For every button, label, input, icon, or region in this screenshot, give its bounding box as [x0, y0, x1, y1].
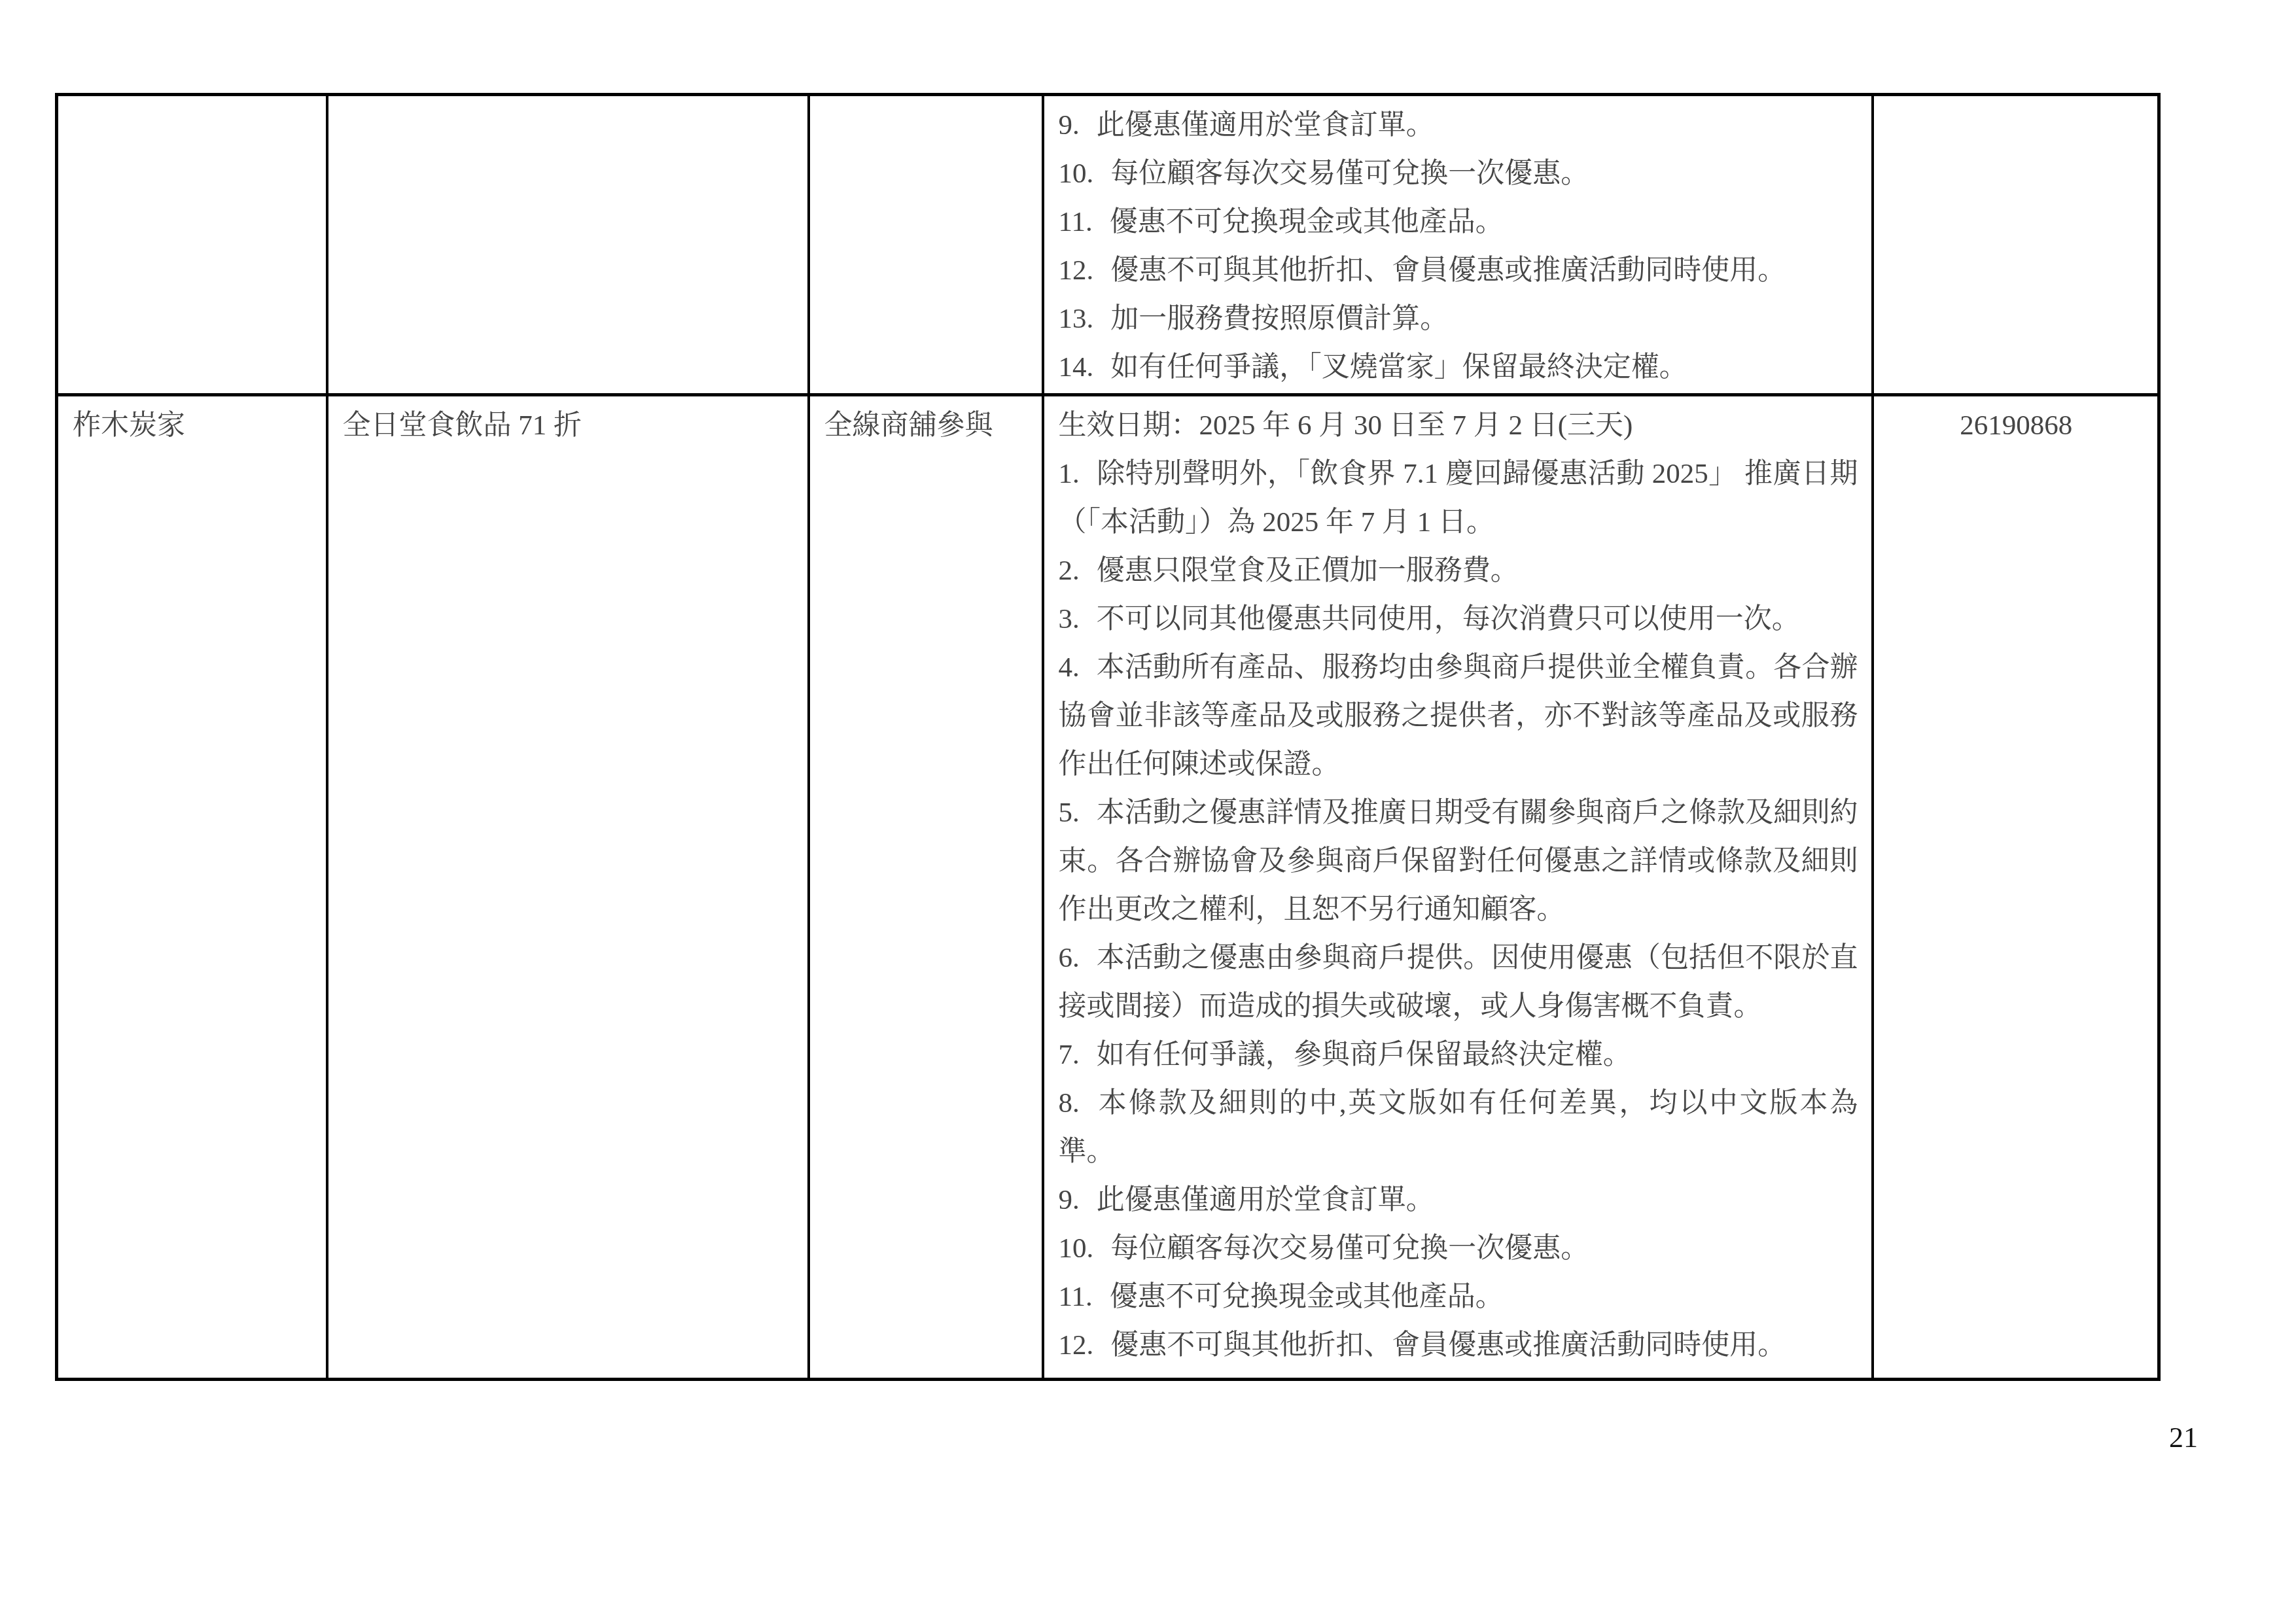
terms-item-text: 優惠只限堂食及正價加一服務費。: [1097, 555, 1519, 586]
terms-item: 13.加一服務費按照原價計算。: [1059, 295, 1858, 343]
terms-item: 8.本條款及細則的中,英文版如有任何差異，均以中文版本為準。: [1059, 1079, 1858, 1176]
terms-item: 14.如有任何爭議，「叉燒當家」保留最終決定權。: [1059, 343, 1858, 392]
terms-item: 3.不可以同其他優惠共同使用，每次消費只可以使用一次。: [1059, 595, 1858, 644]
terms-item: 9.此優惠僅適用於堂食訂單。: [1059, 101, 1858, 150]
terms-item-text: 此優惠僅適用於堂食訂單。: [1097, 1185, 1434, 1215]
terms-item-text: 優惠不可與其他折扣、會員優惠或推廣活動同時使用。: [1110, 255, 1786, 286]
terms-item: 10.每位顧客每次交易僅可兌換一次優惠。: [1059, 1225, 1858, 1273]
terms-item-number: 9.: [1059, 1185, 1080, 1215]
terms-item-text: 如有任何爭議，參與商戶保留最終決定權。: [1097, 1039, 1631, 1070]
terms-item-number: 12.: [1059, 255, 1094, 286]
terms-item: 10.每位顧客每次交易僅可兌換一次優惠。: [1059, 150, 1858, 198]
merchant-name-cell: [57, 95, 327, 395]
terms-item-number: 6.: [1059, 943, 1080, 973]
terms-item-text: 本條款及細則的中,英文版如有任何差異，均以中文版本為準。: [1059, 1088, 1858, 1167]
terms-item: 12.優惠不可與其他折扣、會員優惠或推廣活動同時使用。: [1059, 247, 1858, 295]
terms-list: 生效日期：2025 年 6 月 30 日至 7 月 2 日(三天)1.除特別聲明…: [1059, 402, 1858, 1370]
offer-text: 全日堂食飲品 71 折: [343, 402, 794, 450]
terms-item-text: 優惠不可與其他折扣、會員優惠或推廣活動同時使用。: [1110, 1330, 1786, 1361]
terms-item: 9.此優惠僅適用於堂食訂單。: [1059, 1176, 1858, 1225]
terms-item-number: 8.: [1059, 1088, 1080, 1119]
terms-item-text: 每位顧客每次交易僅可兌換一次優惠。: [1110, 158, 1589, 189]
terms-item: 7.如有任何爭議，參與商戶保留最終決定權。: [1059, 1031, 1858, 1079]
terms-item-number: 10.: [1059, 1233, 1094, 1264]
terms-item-text: 加一服務費按照原價計算。: [1110, 304, 1448, 334]
terms-item-number: 5.: [1059, 797, 1080, 828]
terms-item-text: 除特別聲明外，「飲食界 7.1 慶回歸優惠活動 2025」 推廣日期（「本活動」…: [1059, 459, 1858, 538]
participation-cell: 全線商舖參與: [809, 395, 1043, 1380]
offer-cell: 全日堂食飲品 71 折: [327, 395, 809, 1380]
terms-item-number: 2.: [1059, 555, 1080, 586]
terms-item-number: 13.: [1059, 304, 1094, 334]
terms-item-text: 優惠不可兌換現金或其他產品。: [1110, 1282, 1504, 1312]
terms-item: 生效日期：2025 年 6 月 30 日至 7 月 2 日(三天): [1059, 402, 1858, 450]
terms-item: 5.本活動之優惠詳情及推廣日期受有關參與商戶之條款及細則約束。各合辦協會及參與商…: [1059, 789, 1858, 934]
hotline-number: 26190868: [1888, 402, 2145, 450]
participation-text: 全線商舖參與: [824, 402, 1029, 450]
terms-cell: 9.此優惠僅適用於堂食訂單。10.每位顧客每次交易僅可兌換一次優惠。11.優惠不…: [1043, 95, 1873, 395]
terms-item-number: 14.: [1059, 352, 1094, 383]
terms-item-text: 本活動之優惠詳情及推廣日期受有關參與商戶之條款及細則約束。各合辦協會及參與商戶保…: [1059, 797, 1858, 925]
terms-item-text: 本活動之優惠由參與商戶提供。因使用優惠（包括但不限於直接或間接）而造成的損失或破…: [1059, 943, 1858, 1022]
terms-item-number: 7.: [1059, 1039, 1080, 1070]
hotline-cell: [1873, 95, 2159, 395]
terms-item-number: 3.: [1059, 604, 1080, 635]
hotline-cell: 26190868: [1873, 395, 2159, 1380]
terms-item-text: 生效日期：2025 年 6 月 30 日至 7 月 2 日(三天): [1059, 410, 1633, 441]
offers-table: 9.此優惠僅適用於堂食訂單。10.每位顧客每次交易僅可兌換一次優惠。11.優惠不…: [55, 93, 2161, 1381]
terms-item-number: 10.: [1059, 158, 1094, 189]
participation-cell: [809, 95, 1043, 395]
terms-item-text: 此優惠僅適用於堂食訂單。: [1097, 110, 1434, 141]
document-page: 9.此優惠僅適用於堂食訂單。10.每位顧客每次交易僅可兌換一次優惠。11.優惠不…: [0, 0, 2296, 1623]
terms-item-number: 4.: [1059, 652, 1080, 683]
merchant-name: 柞木炭家: [73, 402, 313, 450]
terms-item: 4.本活動所有產品、服務均由參與商戶提供並全權負責。各合辦協會並非該等產品及或服…: [1059, 644, 1858, 789]
terms-item: 1.除特別聲明外，「飲食界 7.1 慶回歸優惠活動 2025」 推廣日期（「本活…: [1059, 450, 1858, 547]
offer-cell: [327, 95, 809, 395]
terms-item: 2.優惠只限堂食及正價加一服務費。: [1059, 547, 1858, 595]
terms-item: 6.本活動之優惠由參與商戶提供。因使用優惠（包括但不限於直接或間接）而造成的損失…: [1059, 934, 1858, 1031]
table-row-continued: 9.此優惠僅適用於堂食訂單。10.每位顧客每次交易僅可兌換一次優惠。11.優惠不…: [57, 95, 2159, 395]
terms-item: 12.優惠不可與其他折扣、會員優惠或推廣活動同時使用。: [1059, 1321, 1858, 1370]
terms-item-number: 11.: [1059, 1282, 1093, 1312]
terms-item-number: 11.: [1059, 207, 1093, 237]
terms-item-number: 1.: [1059, 459, 1080, 489]
terms-item-number: 12.: [1059, 1330, 1094, 1361]
merchant-name-cell: 柞木炭家: [57, 395, 327, 1380]
terms-list: 9.此優惠僅適用於堂食訂單。10.每位顧客每次交易僅可兌換一次優惠。11.優惠不…: [1059, 101, 1858, 392]
terms-cell: 生效日期：2025 年 6 月 30 日至 7 月 2 日(三天)1.除特別聲明…: [1043, 395, 1873, 1380]
terms-item-text: 不可以同其他優惠共同使用，每次消費只可以使用一次。: [1097, 604, 1800, 635]
terms-item-text: 優惠不可兌換現金或其他產品。: [1110, 207, 1504, 237]
terms-item-text: 如有任何爭議，「叉燒當家」保留最終決定權。: [1110, 352, 1687, 383]
table-row-merchant: 柞木炭家 全日堂食飲品 71 折 全線商舖參與 生效日期：2025 年 6 月 …: [57, 395, 2159, 1380]
terms-item: 11.優惠不可兌換現金或其他產品。: [1059, 1273, 1858, 1321]
terms-item-number: 9.: [1059, 110, 1080, 141]
terms-item: 11.優惠不可兌換現金或其他產品。: [1059, 198, 1858, 247]
page-number: 21: [2151, 1422, 2216, 1454]
terms-item-text: 每位顧客每次交易僅可兌換一次優惠。: [1110, 1233, 1589, 1264]
terms-item-text: 本活動所有產品、服務均由參與商戶提供並全權負責。各合辦協會並非該等產品及或服務之…: [1059, 652, 1858, 780]
